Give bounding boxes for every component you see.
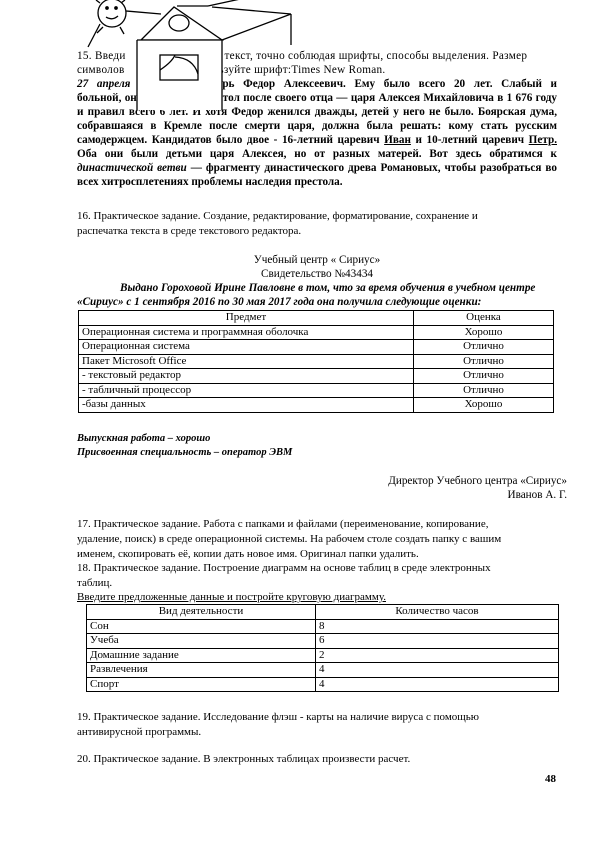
table-row: Сон 8: [87, 619, 559, 634]
header-subject: Предмет: [79, 311, 414, 326]
task15-para-line6: Оба они были детьми царя Алексея, но от …: [77, 147, 557, 161]
grade-cell: Хорошо: [414, 325, 554, 340]
task15-para-line5-a: самодержцем. Кандидатов было двое - 16-л…: [77, 134, 384, 146]
task15-para-line5-b: и 10-летний царевич: [411, 134, 529, 146]
cert-number: Свидетельство №43434: [77, 267, 557, 281]
hours-cell: 6: [316, 634, 559, 649]
task15-para-line7: династической ветви — фрагменту династич…: [77, 161, 557, 175]
house-icon: [137, 0, 291, 110]
table-row: Учеба 6: [87, 634, 559, 649]
task15-para-line5: самодержцем. Кандидатов было двое - 16-л…: [77, 133, 557, 147]
cert-issued-line2: «Сириус» с 1 сентября 2016 по 30 мая 201…: [77, 295, 557, 309]
activity-cell: Учеба: [87, 634, 316, 649]
task15-para-line7-rest: — фрагменту династического древа Романов…: [187, 162, 557, 174]
page-number: 48: [545, 773, 556, 785]
hours-cell: 4: [316, 677, 559, 692]
table-row: Пакет Microsoft Office Отлично: [79, 354, 554, 369]
task19-line2: антивирусной программы.: [77, 725, 557, 739]
table-row: Операционная система Отлично: [79, 340, 554, 355]
hours-table: Вид деятельности Количество часов Сон 8 …: [86, 604, 559, 692]
header-activity: Вид деятельности: [87, 605, 316, 620]
specialty: Присвоенная специальность – оператор ЭВМ: [77, 446, 557, 460]
table-row: -базы данных Хорошо: [79, 398, 554, 413]
table-row: Домашние задание 2: [87, 648, 559, 663]
hours-cell: 4: [316, 663, 559, 678]
petr-underlined: Петр.: [529, 134, 557, 146]
subject-cell: Операционная система: [79, 340, 414, 355]
dynastic-branch-italic: династической ветви: [77, 162, 187, 174]
task15-para-line4: собравшаяся в Кремле после смерти царя, …: [77, 119, 557, 133]
hours-cell: 8: [316, 619, 559, 634]
table-row: - табличный процессор Отлично: [79, 383, 554, 398]
table-row: Развлечения 4: [87, 663, 559, 678]
task18-line1: 18. Практическое задание. Построение диа…: [77, 561, 557, 575]
activity-cell: Спорт: [87, 677, 316, 692]
table-row: Операционная система и программная оболо…: [79, 325, 554, 340]
grade-cell: Отлично: [414, 383, 554, 398]
activity-cell: Сон: [87, 619, 316, 634]
activity-cell: Домашние задание: [87, 648, 316, 663]
task19-line1: 19. Практическое задание. Исследование ф…: [77, 710, 557, 724]
sun-house-drawing: [0, 0, 595, 110]
task16-line1: 16. Практическое задание. Создание, реда…: [77, 209, 557, 223]
subject-cell: - табличный процессор: [79, 383, 414, 398]
director-name: Иванов А. Г.: [77, 488, 567, 502]
subject-cell: Операционная система и программная оболо…: [79, 325, 414, 340]
cert-issued-line1: Выдано Гороховой Ирине Павловне в том, ч…: [77, 281, 557, 295]
director-title: Директор Учебного центра «Сириус»: [77, 474, 567, 488]
task18-line2: таблиц.: [77, 576, 557, 590]
header-grade: Оценка: [414, 311, 554, 326]
final-work: Выпускная работа – хорошо: [77, 432, 557, 446]
subject-cell: - текстовый редактор: [79, 369, 414, 384]
task18-instruction: Введите предложенные данные и постройте …: [77, 590, 557, 604]
ivan-underlined: Иван: [384, 134, 411, 146]
grade-cell: Хорошо: [414, 398, 554, 413]
grade-cell: Отлично: [414, 369, 554, 384]
task17-line2: удаление, поиск) в среде операционной си…: [77, 532, 557, 546]
task16-line2: распечатка текста в среде текстового ред…: [77, 224, 557, 238]
table-row: Спорт 4: [87, 677, 559, 692]
subject-cell: Пакет Microsoft Office: [79, 354, 414, 369]
task17-line1: 17. Практическое задание. Работа с папка…: [77, 517, 557, 531]
activity-cell: Развлечения: [87, 663, 316, 678]
hours-table-header: Вид деятельности Количество часов: [87, 605, 559, 620]
header-hours: Количество часов: [316, 605, 559, 620]
task15-para-line8: всех хитросплетениях проблемы наследия п…: [77, 175, 557, 189]
task20-line1: 20. Практическое задание. В электронных …: [77, 752, 557, 766]
grade-cell: Отлично: [414, 354, 554, 369]
grades-table: Предмет Оценка Операционная система и пр…: [78, 310, 554, 413]
task17-line3: именем, скопировать её, копии дать новое…: [77, 547, 557, 561]
grade-cell: Отлично: [414, 340, 554, 355]
subject-cell: -базы данных: [79, 398, 414, 413]
table-row: - текстовый редактор Отлично: [79, 369, 554, 384]
cert-title: Учебный центр « Сириус»: [77, 253, 557, 267]
grades-table-header: Предмет Оценка: [79, 311, 554, 326]
hours-cell: 2: [316, 648, 559, 663]
